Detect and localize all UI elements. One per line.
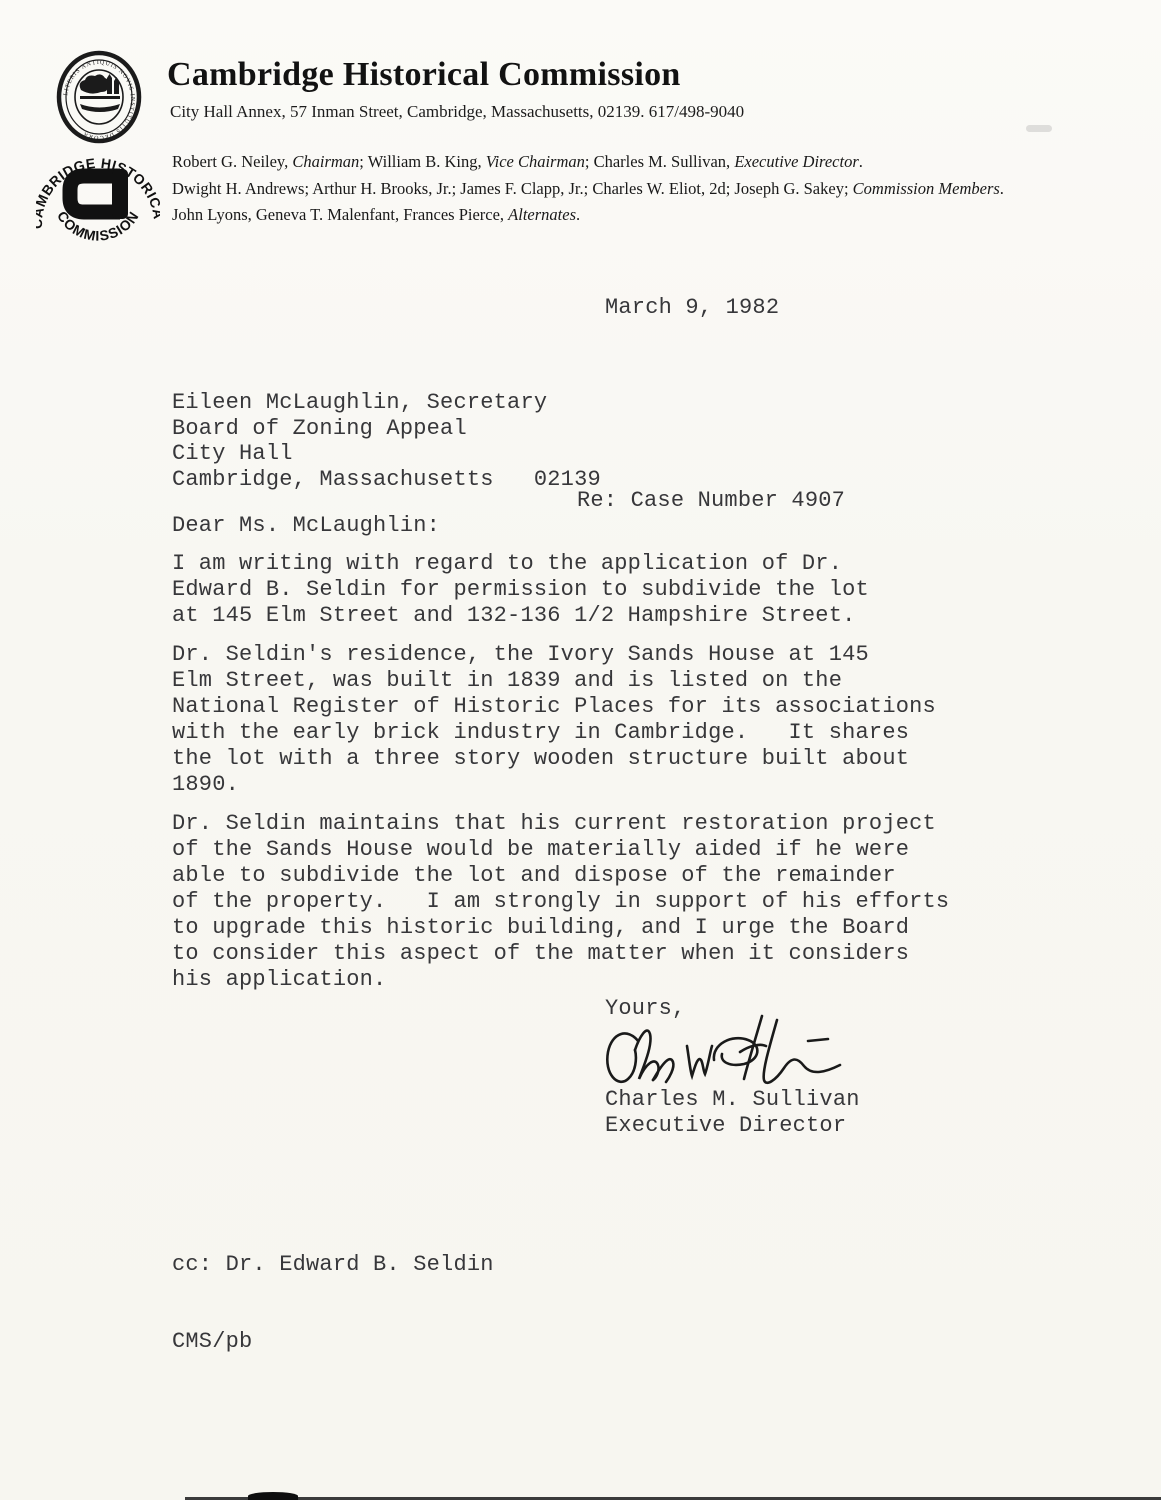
salutation: Dear Ms. McLaughlin: — [172, 513, 440, 539]
members-line: Robert G. Neiley, Chairman; William B. K… — [172, 149, 1112, 176]
seal-tree-icon — [80, 74, 109, 93]
reference-line: Re: Case Number 4907 — [577, 488, 845, 514]
body-paragraph: Dr. Seldin's residence, the Ivory Sands … — [172, 642, 1022, 798]
scan-smudge — [1026, 125, 1052, 132]
cc-line: cc: Dr. Edward B. Seldin — [172, 1252, 494, 1278]
letter-body: I am writing with regard to the applicat… — [172, 551, 1022, 1006]
svg-text:LITERIS ANTIQUIS NOVIS INSTITU: LITERIS ANTIQUIS NOVIS INSTITUTIS DECORA — [63, 60, 135, 140]
reference-initials: CMS/pb — [172, 1329, 494, 1355]
body-paragraph: Dr. Seldin maintains that his current re… — [172, 811, 1022, 993]
body-paragraph: I am writing with regard to the applicat… — [172, 551, 1022, 629]
recipient-line: Eileen McLaughlin, Secretary — [172, 390, 601, 416]
recipient-address-block: Eileen McLaughlin, SecretaryBoard of Zon… — [172, 390, 601, 492]
members-line: John Lyons, Geneva T. Malenfant, Frances… — [172, 202, 1112, 229]
scanned-letter-page: LITERIS ANTIQUIS NOVIS INSTITUTIS DECORA… — [0, 0, 1161, 1500]
recipient-line: City Hall — [172, 441, 601, 467]
commission-members-block: Robert G. Neiley, Chairman; William B. K… — [172, 149, 1112, 229]
city-of-cambridge-seal-icon: LITERIS ANTIQUIS NOVIS INSTITUTIS DECORA — [55, 48, 143, 146]
seal-banner-icon — [80, 104, 120, 112]
org-address-line: City Hall Annex, 57 Inman Street, Cambri… — [170, 102, 744, 122]
members-line: Dwight H. Andrews; Arthur H. Brooks, Jr.… — [172, 176, 1112, 203]
recipient-line: Cambridge, Massachusetts 02139 — [172, 467, 601, 493]
scan-bottom-blob — [248, 1492, 298, 1500]
org-name: Cambridge Historical Commission — [167, 56, 681, 94]
cc-block: cc: Dr. Edward B. Seldin CMS/pb — [172, 1201, 494, 1405]
signer-name: Charles M. Sullivan — [605, 1087, 860, 1113]
letter-date: March 9, 1982 — [605, 295, 779, 321]
recipient-line: Board of Zoning Appeal — [172, 416, 601, 442]
chc-monogram-icon: CAMBRIDGE HISTORICAL COMMISSION — [36, 146, 160, 246]
signer-title: Executive Director — [605, 1113, 846, 1139]
